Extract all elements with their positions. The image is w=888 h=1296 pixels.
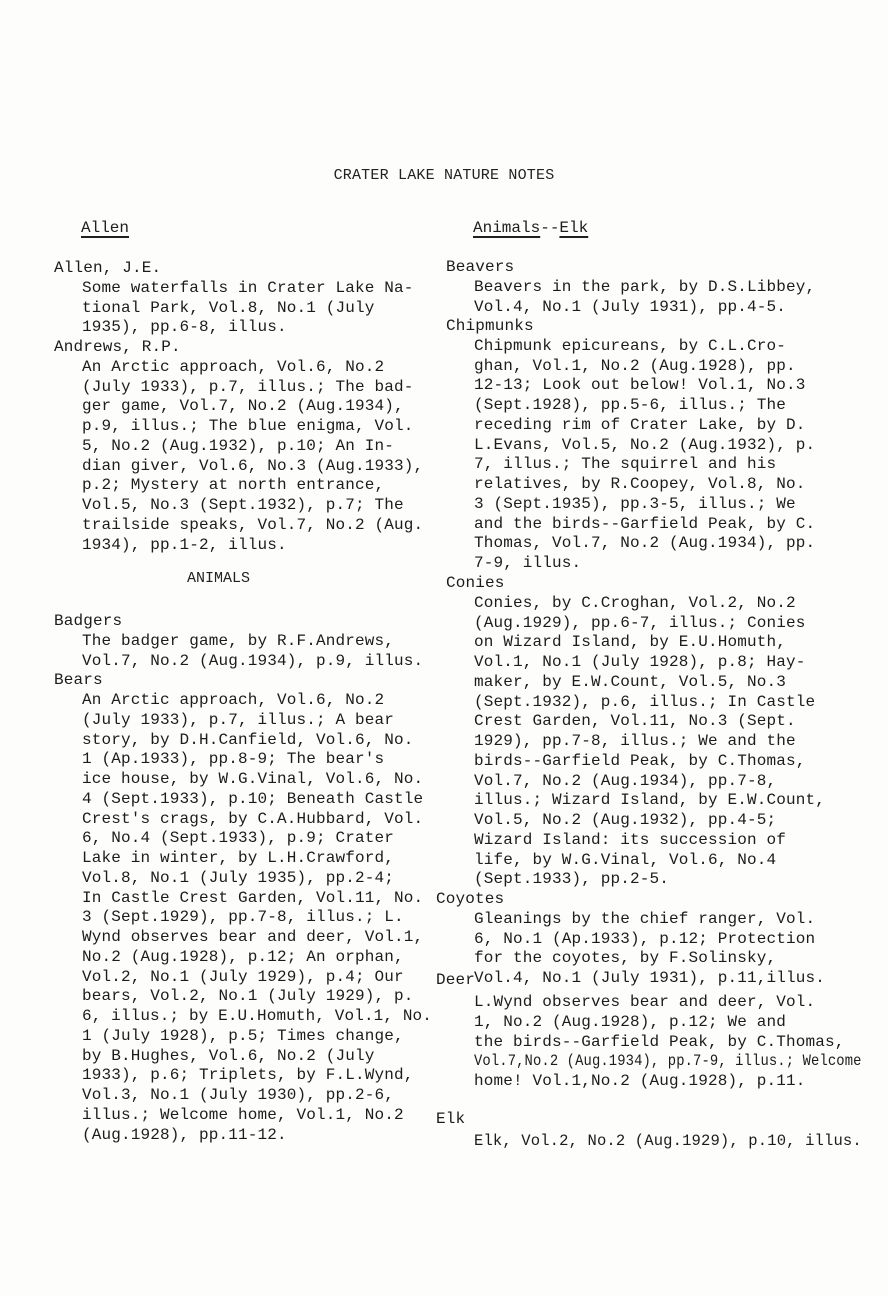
- subject-entry-line: 3 (Sept.1929), pp.7-8, illus.; L.: [82, 908, 404, 927]
- subject-entry-line: 6, No.4 (Sept.1933), p.9; Crater: [82, 829, 394, 848]
- author-entry-line: 1935), pp.6-8, illus.: [82, 318, 287, 337]
- right-column-heading: Animals--Elk: [473, 219, 588, 237]
- subject-entry-line: 1, No.2 (Aug.1928), p.12; We and: [474, 1013, 786, 1032]
- left-heading-text: Allen: [81, 219, 129, 237]
- subject-entry-line: Crest's crags, by C.A.Hubbard, Vol.: [82, 810, 423, 829]
- right-heading-start: Animals: [473, 219, 540, 237]
- subject-entry-line: Lake in winter, by L.H.Crawford,: [82, 849, 394, 868]
- subject-entry-line: In Castle Crest Garden, Vol.11, No.: [82, 889, 423, 908]
- subject-entry-line: receding rim of Crater Lake, by D.: [474, 416, 806, 435]
- author-heading: Allen, J.E.: [54, 259, 161, 278]
- subject-entry-line: An Arctic approach, Vol.6, No.2: [82, 691, 384, 710]
- subject-entry-line: on Wizard Island, by E.U.Homuth,: [474, 633, 786, 652]
- subject-entry-line: (Sept.1932), p.6, illus.; In Castle: [474, 693, 815, 712]
- author-entry-line: (July 1933), p.7, illus.; The bad-: [82, 378, 414, 397]
- subject-entry-line: Conies, by C.Croghan, Vol.2, No.2: [474, 594, 796, 613]
- author-entry-line: 1934), pp.1-2, illus.: [82, 536, 287, 555]
- subject-entry-line: maker, by E.W.Count, Vol.5, No.3: [474, 673, 786, 692]
- subject-entry-line: relatives, by R.Coopey, Vol.8, No.: [474, 475, 806, 494]
- subject-heading: Conies: [446, 574, 505, 593]
- subject-entry-line: illus.; Welcome home, Vol.1, No.2: [82, 1106, 404, 1125]
- subject-entry-line: (Sept.1928), pp.5-6, illus.; The: [474, 396, 786, 415]
- subject-entry-line: Vol.5, No.2 (Aug.1932), pp.4-5;: [474, 811, 776, 830]
- subject-entry-line: Chipmunk epicureans, by C.L.Cro-: [474, 337, 786, 356]
- subject-entry-line: 6, illus.; by E.U.Homuth, Vol.1, No.: [82, 1007, 432, 1026]
- subject-entry-line: No.2 (Aug.1928), p.12; An orphan,: [82, 948, 404, 967]
- author-entry-line: Some waterfalls in Crater Lake Na-: [82, 279, 414, 298]
- subject-entry-line: 7-9, illus.: [474, 554, 581, 573]
- subject-entry-line: the birds--Garfield Peak, by C.Thomas,: [474, 1033, 845, 1052]
- subject-entry-line: 1929), pp.7-8, illus.; We and the: [474, 732, 796, 751]
- subject-entry-line: 7, illus.; The squirrel and his: [474, 455, 776, 474]
- subject-entry-line: illus.; Wizard Island, by E.W.Count,: [474, 791, 825, 810]
- subject-entry-line: (July 1933), p.7, illus.; A bear: [82, 711, 394, 730]
- subject-entry-line: 12-13; Look out below! Vol.1, No.3: [474, 376, 806, 395]
- left-column-heading: Allen: [81, 219, 129, 237]
- subject-entry-line: story, by D.H.Canfield, Vol.6, No.: [82, 731, 414, 750]
- author-entry-line: trailside speaks, Vol.7, No.2 (Aug.: [82, 516, 423, 535]
- subject-heading: Elk: [436, 1110, 465, 1129]
- subject-entry-line: Vol.7,No.2 (Aug.1934), pp.7-9, illus.; W…: [474, 1052, 862, 1071]
- subject-entry-line: L.Wynd observes bear and deer, Vol.: [474, 993, 815, 1012]
- subject-entry-line: bears, Vol.2, No.1 (July 1929), p.: [82, 987, 414, 1006]
- subject-entry-line: Vol.7, No.2 (Aug.1934), pp.7-8,: [474, 772, 776, 791]
- subject-entry-line: Thomas, Vol.7, No.2 (Aug.1934), pp.: [474, 534, 815, 553]
- subject-entry-line: Wynd observes bear and deer, Vol.1,: [82, 928, 423, 947]
- subject-entry-line: 1 (Ap.1933), pp.8-9; The bear's: [82, 750, 384, 769]
- subject-entry-line: Crest Garden, Vol.11, No.3 (Sept.: [474, 712, 796, 731]
- page-title: CRATER LAKE NATURE NOTES: [0, 167, 888, 184]
- subject-entry-line: Vol.3, No.1 (July 1930), pp.2-6,: [82, 1086, 394, 1105]
- subject-entry-line: Elk, Vol.2, No.2 (Aug.1929), p.10, illus…: [474, 1132, 862, 1151]
- subject-entry-line: Vol.4, No.1 (July 1931), p.11,illus.: [474, 969, 825, 988]
- subject-entry-line: 4 (Sept.1933), p.10; Beneath Castle: [82, 790, 423, 809]
- subject-heading: Beavers: [446, 258, 514, 277]
- subject-entry-line: (Aug.1929), pp.6-7, illus.; Conies: [474, 614, 806, 633]
- subject-entry-line: Vol.2, No.1 (July 1929), p.4; Our: [82, 968, 404, 987]
- subject-entry-line: ghan, Vol.1, No.2 (Aug.1928), pp.: [474, 357, 796, 376]
- author-entry-line: dian giver, Vol.6, No.3 (Aug.1933),: [82, 457, 423, 476]
- subject-entry-line: Gleanings by the chief ranger, Vol.: [474, 910, 815, 929]
- subject-entry-line: for the coyotes, by F.Solinsky,: [474, 949, 776, 968]
- document-page: CRATER LAKE NATURE NOTES Allen Animals--…: [0, 0, 888, 1296]
- subject-heading: Bears: [54, 671, 103, 690]
- subject-entry-line: 1 (July 1928), p.5; Times change,: [82, 1027, 404, 1046]
- subject-entry-line: and the birds--Garfield Peak, by C.: [474, 515, 815, 534]
- subject-heading: Chipmunks: [446, 317, 534, 336]
- subject-entry-line: birds--Garfield Peak, by C.Thomas,: [474, 752, 806, 771]
- right-heading-end: Elk: [559, 219, 588, 237]
- subject-heading: Badgers: [54, 612, 122, 631]
- author-entry-line: p.9, illus.; The blue enigma, Vol.: [82, 417, 414, 436]
- subject-entry-line: L.Evans, Vol.5, No.2 (Aug.1932), p.: [474, 436, 815, 455]
- subject-entry-line: by B.Hughes, Vol.6, No.2 (July: [82, 1047, 375, 1066]
- subject-entry-line: ice house, by W.G.Vinal, Vol.6, No.: [82, 770, 423, 789]
- subject-entry-line: Vol.8, No.1 (July 1935), pp.2-4;: [82, 869, 394, 888]
- author-entry-line: Vol.5, No.3 (Sept.1932), p.7; The: [82, 496, 404, 515]
- subject-entry-line: Vol.7, No.2 (Aug.1934), p.9, illus.: [82, 652, 423, 671]
- subject-entry-line: life, by W.G.Vinal, Vol.6, No.4: [474, 851, 776, 870]
- author-heading: Andrews, R.P.: [54, 338, 181, 357]
- author-entry-line: tional Park, Vol.8, No.1 (July: [82, 299, 375, 318]
- author-entry-line: 5, No.2 (Aug.1932), p.10; An In-: [82, 437, 394, 456]
- subject-entry-line: (Aug.1928), pp.11-12.: [82, 1126, 287, 1145]
- subject-entry-line: The badger game, by R.F.Andrews,: [82, 632, 394, 651]
- author-entry-line: An Arctic approach, Vol.6, No.2: [82, 358, 384, 377]
- subject-heading: Deer: [436, 971, 475, 990]
- right-heading-separator: --: [540, 219, 559, 237]
- subject-entry-line: home! Vol.1,No.2 (Aug.1928), p.11.: [474, 1072, 806, 1091]
- subject-entry-line: 3 (Sept.1935), pp.3-5, illus.; We: [474, 495, 796, 514]
- author-entry-line: p.2; Mystery at north entrance,: [82, 476, 384, 495]
- subject-heading: Coyotes: [436, 890, 504, 909]
- subject-entry-line: 6, No.1 (Ap.1933), p.12; Protection: [474, 930, 815, 949]
- subject-entry-line: Beavers in the park, by D.S.Libbey,: [474, 278, 815, 297]
- subject-entry-line: 1933), p.6; Triplets, by F.L.Wynd,: [82, 1066, 414, 1085]
- section-title-animals: ANIMALS: [0, 570, 437, 587]
- subject-entry-line: (Sept.1933), pp.2-5.: [474, 870, 669, 889]
- subject-entry-line: Vol.1, No.1 (July 1928), p.8; Hay-: [474, 653, 806, 672]
- subject-entry-line: Wizard Island: its succession of: [474, 831, 786, 850]
- subject-entry-line: Vol.4, No.1 (July 1931), pp.4-5.: [474, 298, 786, 317]
- author-entry-line: ger game, Vol.7, No.2 (Aug.1934),: [82, 397, 404, 416]
